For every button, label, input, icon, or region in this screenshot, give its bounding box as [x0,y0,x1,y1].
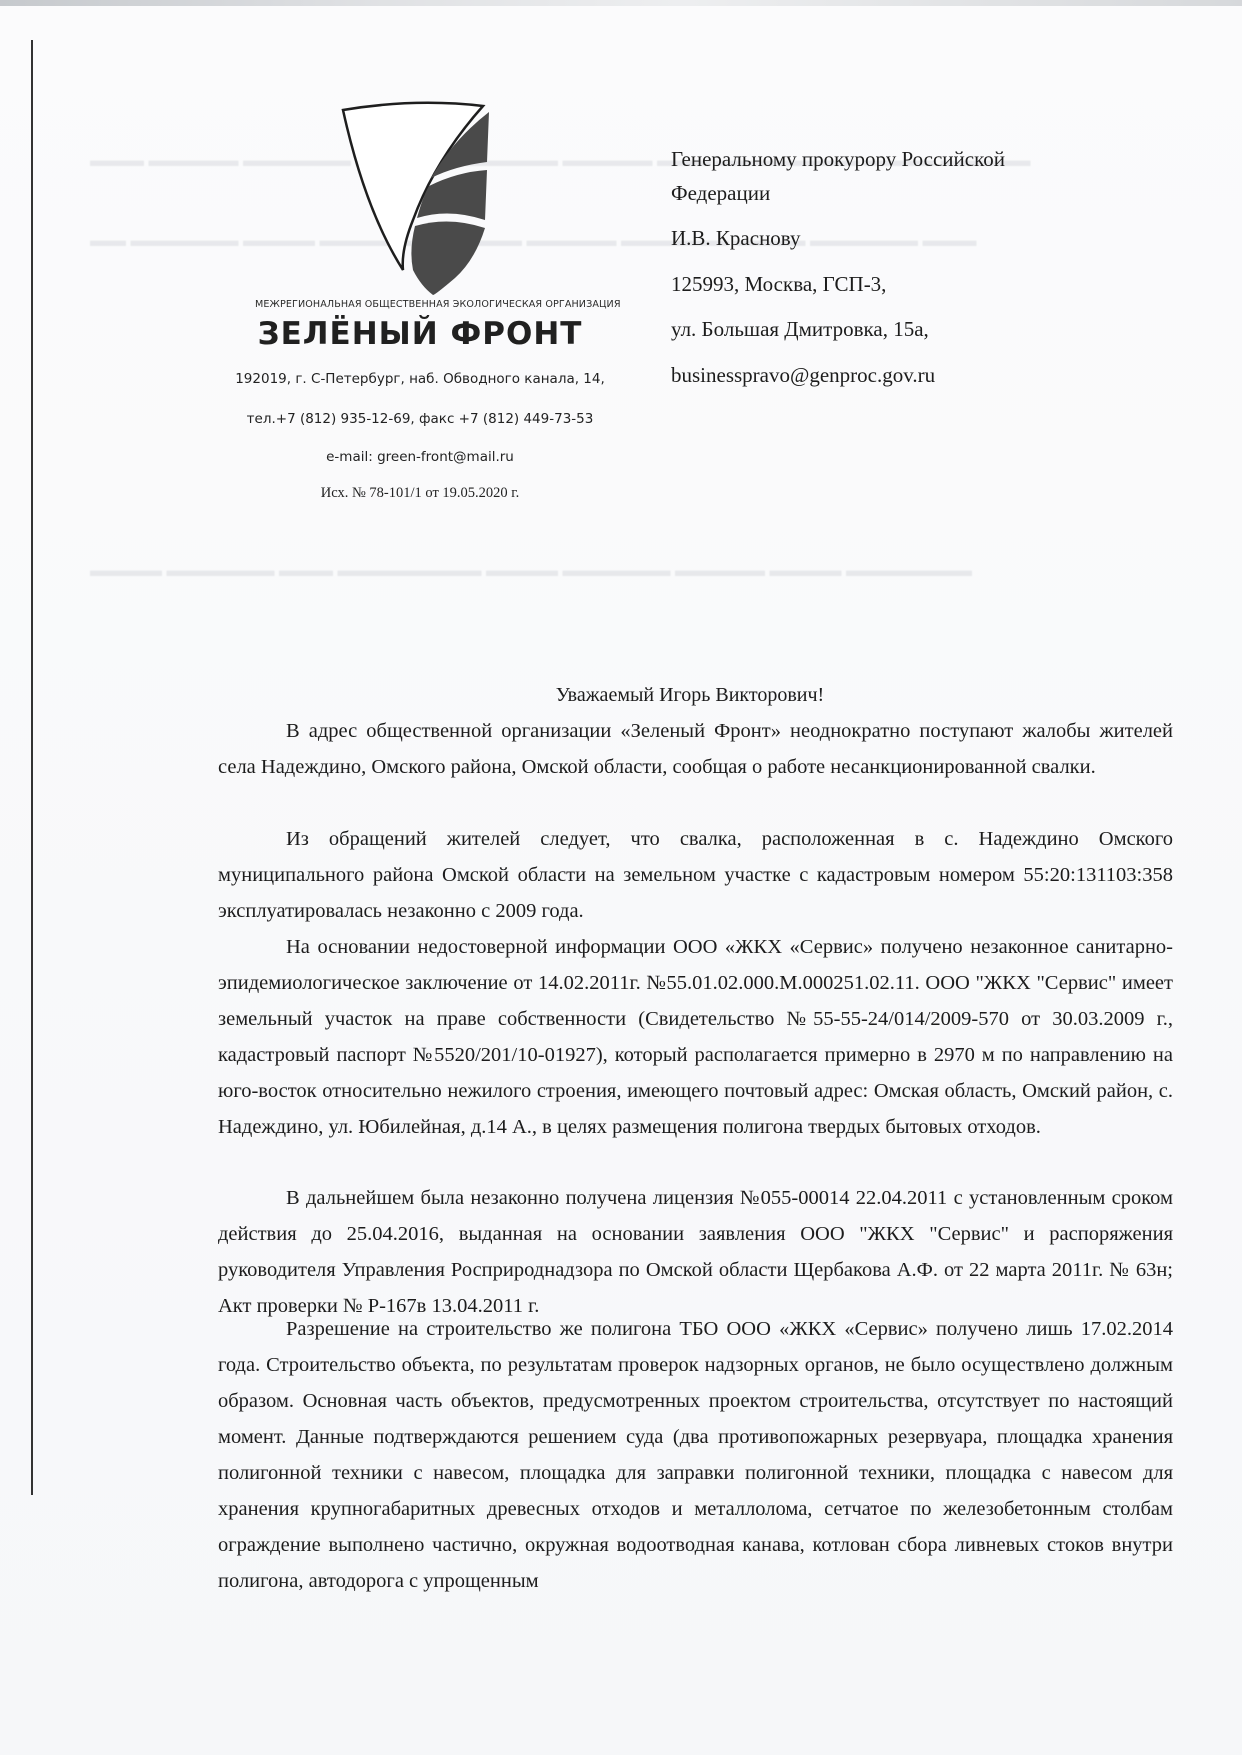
recipient-address-2: ул. Большая Дмитровка, 15а, [671,316,929,342]
org-address: 192019, г. С-Петербург, наб. Обводного к… [230,371,610,387]
org-tagline: МЕЖРЕГИОНАЛЬНАЯ ОБЩЕСТВЕННАЯ ЭКОЛОГИЧЕСК… [255,299,595,310]
body-paragraph-5: Разрешение на строительство же полигона … [218,1311,1173,1599]
recipient-title-cont: Федерации [671,180,770,206]
bleed-through-texture: ▬▬ ▬▬▬▬▬▬ ▬▬▬▬ ▬▬▬▬▬▬▬▬ ▬▬▬ ▬▬▬▬▬ ▬▬▬▬▬▬… [90,230,1150,251]
outgoing-number: Исх. № 78-101/1 от 19.05.2020 г. [230,485,610,502]
paragraph-text: Разрешение на строительство же полигона … [218,1311,1173,1599]
recipient-name: И.В. Краснову [671,225,801,251]
scan-top-edge [0,0,1242,6]
bleed-through-texture: ▬▬▬▬ ▬▬▬▬▬▬ ▬▬▬ ▬▬▬▬▬▬▬▬ ▬▬▬▬ ▬▬▬▬▬▬ ▬▬▬… [90,560,1150,581]
paragraph-text: На основании недостоверной информации ОО… [218,929,1173,1145]
org-name: ЗЕЛЁНЫЙ ФРОНТ [250,316,590,352]
paragraph-text: Из обращений жителей следует, что свалка… [218,821,1173,929]
body-paragraph-3: На основании недостоверной информации ОО… [218,929,1173,1145]
scan-left-edge-line [31,40,33,1495]
org-email: e-mail: green-front@mail.ru [230,449,610,465]
shield-logo-icon [335,100,495,295]
recipient-title: Генеральному прокурору Российской [671,146,1005,172]
greeting: Уважаемый Игорь Викторович! [470,684,910,707]
scanned-letter-page: ▬▬▬ ▬▬▬▬▬ ▬▬▬▬▬▬ ▬▬▬▬ ▬▬▬▬▬▬▬ ▬▬▬▬▬ ▬▬▬ … [0,0,1242,1755]
paragraph-text: В дальнейшем была незаконно получена лиц… [218,1180,1173,1324]
org-phones: тел.+7 (812) 935-12-69, факс +7 (812) 44… [230,411,610,427]
body-paragraph-2: Из обращений жителей следует, что свалка… [218,821,1173,929]
recipient-address-1: 125993, Москва, ГСП-3, [671,271,886,297]
paragraph-text: В адрес общественной организации «Зелены… [218,713,1173,785]
recipient-email: businesspravo@genproc.gov.ru [671,362,935,388]
body-paragraph-4: В дальнейшем была незаконно получена лиц… [218,1180,1173,1324]
body-paragraph-1: В адрес общественной организации «Зелены… [218,713,1173,785]
